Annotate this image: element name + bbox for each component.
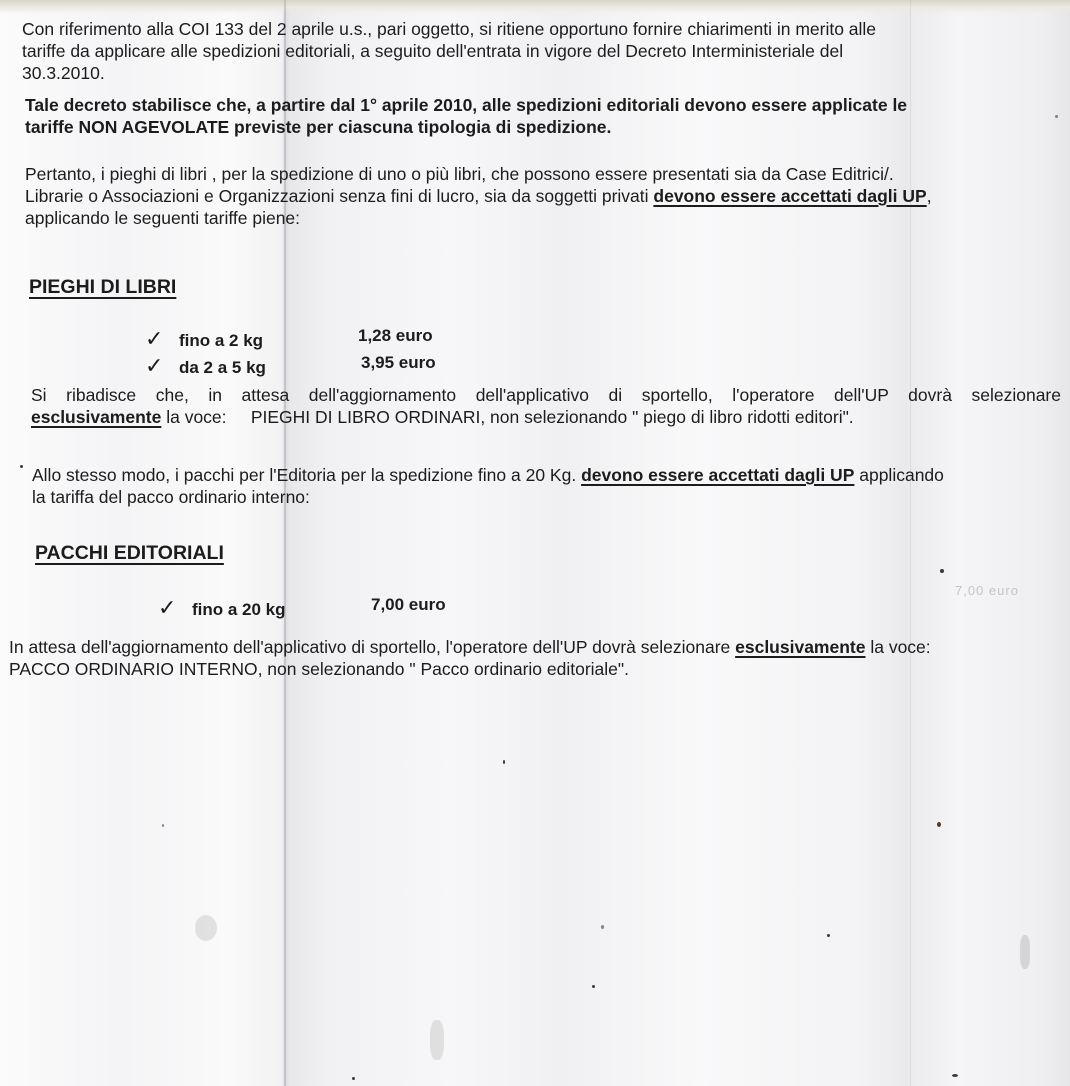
paper-smudge [195, 915, 217, 941]
paper-speck [940, 569, 944, 573]
likewise-text-end: applicando [854, 465, 944, 485]
checkmark-icon: ✓ [145, 326, 179, 352]
closing-paragraph: In attesa dell'aggiornamento dell'applic… [9, 636, 931, 680]
reiterate-line: esclusivamente la voce: PIEGHI DI LIBRO … [31, 406, 1061, 428]
section-heading-books: PIEGHI DI LIBRI [29, 276, 176, 299]
decree-paragraph: Tale decreto stabilisce che, a partire d… [25, 94, 907, 138]
paper-speck [601, 925, 604, 929]
paper-speck [952, 1074, 958, 1077]
intro-line: 30.3.2010. [22, 62, 876, 84]
decree-line: Tale decreto stabilisce che, a partire d… [25, 94, 907, 116]
reiterate-voice: PIEGHI DI LIBRO ORDINARI, non selezionan… [251, 407, 854, 427]
closing-text: In attesa dell'aggiornamento dell'applic… [9, 637, 735, 657]
paper-speck [827, 934, 830, 937]
rate-row-parcels-20kg: ✓ fino a 20 kg 7,00 euro [158, 595, 286, 621]
closing-text-end: la voce: [865, 637, 930, 657]
intro-line: tariffe da applicare alle spedizioni edi… [22, 40, 876, 62]
rate-weight-label: fino a 20 kg [192, 600, 286, 620]
rate-row-books-2kg: ✓ fino a 2 kg 1,28 euro [145, 326, 263, 352]
therefore-line: Librarie o Associazioni e Organizzazioni… [25, 185, 932, 207]
closing-line: In attesa dell'aggiornamento dell'applic… [9, 636, 931, 658]
show-through-text: 7,00 euro [955, 583, 1019, 598]
therefore-text: Librarie o Associazioni e Organizzazioni… [25, 186, 653, 206]
paper-speck [937, 822, 941, 827]
likewise-text: Allo stesso modo, i pacchi per l'Editori… [32, 465, 581, 485]
decree-line: tariffe NON AGEVOLATE previste per ciasc… [25, 116, 907, 138]
likewise-paragraph: Allo stesso modo, i pacchi per l'Editori… [32, 464, 944, 508]
emphasis-accepted-by-up: devono essere accettati dagli UP [653, 186, 926, 206]
rate-weight-label: da 2 a 5 kg [179, 358, 266, 378]
emphasis-exclusively: esclusivamente [31, 407, 161, 427]
rate-row-books-5kg: ✓ da 2 a 5 kg 3,95 euro [145, 353, 266, 379]
therefore-line: Pertanto, i pieghi di libri , per la spe… [25, 163, 932, 185]
paper-speck [352, 1077, 355, 1080]
therefore-punct: , [927, 186, 932, 206]
paper-speck [20, 465, 23, 468]
rate-price: 1,28 euro [358, 326, 433, 346]
paper-smudge [430, 1020, 444, 1060]
paper-speck [592, 985, 595, 988]
therefore-line: applicando le seguenti tariffe piene: [25, 207, 932, 229]
paper-speck [503, 760, 505, 764]
therefore-paragraph: Pertanto, i pieghi di libri , per la spe… [25, 163, 932, 229]
rate-price: 7,00 euro [371, 595, 446, 615]
emphasis-accepted-by-up: devono essere accettati dagli UP [581, 465, 854, 485]
rate-weight-label: fino a 2 kg [179, 331, 263, 351]
intro-paragraph: Con riferimento alla COI 133 del 2 april… [22, 18, 876, 84]
intro-line: Con riferimento alla COI 133 del 2 april… [22, 18, 876, 40]
reiterate-line: Si ribadisce che, in attesa dell'aggiorn… [31, 384, 1061, 406]
emphasis-exclusively: esclusivamente [735, 637, 865, 657]
likewise-line: la tariffa del pacco ordinario interno: [32, 486, 944, 508]
rate-price: 3,95 euro [361, 353, 436, 373]
paper-smudge [1020, 935, 1030, 969]
reiterate-paragraph: Si ribadisce che, in attesa dell'aggiorn… [31, 384, 1061, 428]
section-heading-parcels: PACCHI EDITORIALI [35, 542, 224, 565]
paper-speck [162, 824, 164, 827]
likewise-line: Allo stesso modo, i pacchi per l'Editori… [32, 464, 944, 486]
paper-speck [1055, 115, 1058, 118]
closing-line: PACCO ORDINARIO INTERNO, non selezionand… [9, 658, 931, 680]
checkmark-icon: ✓ [158, 595, 192, 621]
checkmark-icon: ✓ [145, 353, 179, 379]
reiterate-text: la voce: [161, 407, 250, 427]
